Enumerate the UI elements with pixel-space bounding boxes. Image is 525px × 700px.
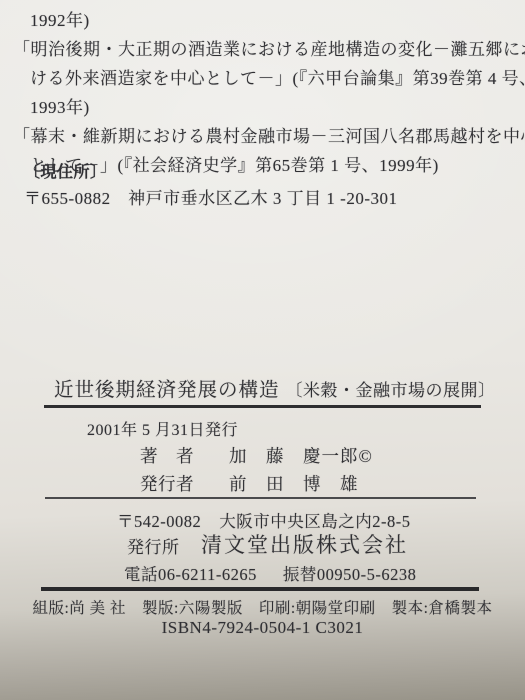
author-name: 加 藤 慶一郎©	[229, 443, 373, 468]
book-subtitle: 〔米穀・金融市場の展開〕	[286, 381, 496, 400]
bibliography-list: 1992年) 「明治後期・大正期の酒造業における産地構造の変化－灘五郷にお ける…	[13, 6, 518, 180]
author-row: 著 者 加 藤 慶一郎©	[0, 443, 525, 467]
credits-divider-line	[41, 587, 479, 591]
current-address-label: 〔現住所〕	[24, 159, 107, 182]
contact-row: 電話06-6211-6265振替00950-5-6238	[124, 561, 416, 585]
phone-number: 電話06-6211-6265	[124, 565, 257, 584]
issuer-row: 発行者 前 田 博 雄	[0, 471, 525, 495]
issuer-label: 発行者	[140, 471, 194, 496]
publisher-divider-line	[45, 497, 476, 499]
bibliography-line: ける外来酒造家を中心として－」(『六甲台論集』第39巻第 4 号、	[13, 64, 518, 93]
current-address-value: 〒655-0882 神戸市垂水区乙木 3 丁目 1 -20-301	[24, 184, 397, 209]
author-label: 著 者	[140, 443, 194, 468]
postal-transfer-number: 振替00950-5-6238	[283, 565, 417, 584]
bibliography-line: 1992年)	[13, 6, 518, 35]
bibliography-line: 1993年)	[13, 93, 518, 122]
title-underline	[44, 405, 481, 408]
bibliography-line: 「明治後期・大正期の酒造業における産地構造の変化－灘五郷にお	[13, 35, 518, 64]
issuer-name: 前 田 博 雄	[229, 471, 359, 496]
publishing-house-label: 発行所	[127, 533, 180, 558]
isbn-number: ISBN4-7924-0504-1 C3021	[0, 618, 525, 638]
colophon-title-row: 近世後期経済発展の構造〔米穀・金融市場の展開〕	[54, 374, 496, 402]
publish-date: 2001年 5 月31日発行	[87, 417, 238, 440]
book-title: 近世後期経済発展の構造	[54, 380, 280, 401]
publisher-postal-code: 〒542-0082	[117, 512, 201, 531]
production-credits: 組版:尚 美 社 製版:六陽製版 印刷:朝陽堂印刷 製本:倉橋製本	[30, 596, 495, 618]
publishing-house-name: 清文堂出版株式会社	[201, 529, 408, 559]
bibliography-line: 「幕末・維新期における農村金融市場－三河国八名郡馬越村を中心	[13, 122, 518, 151]
